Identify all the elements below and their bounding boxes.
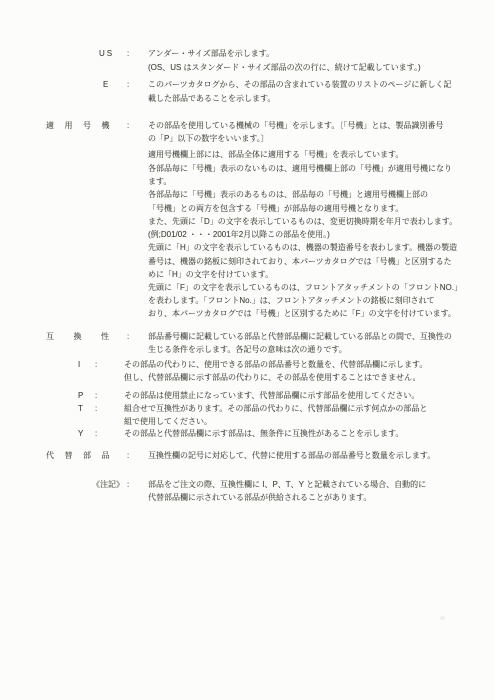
colon: : <box>127 450 129 461</box>
text-line: 適用号機 : その部品を使用している機械の「号機」を示します。〔「号機」とは、製… <box>0 120 494 132</box>
text-line: また、先頭に「D」の文字を表示しているものは、変更切換時期を年月で表わします。 <box>0 216 494 228</box>
text-line: の「P」以下の数字をいいます。〕 <box>0 133 494 145</box>
text-line: 適用号機欄上部には、部品全体に適用する「号機」を表示しています。 <box>0 149 494 161</box>
text-line: (OS、US はスタンダード・サイズ部品の次の行に、続けて記載しています。) <box>0 62 494 74</box>
colon: : <box>95 390 97 401</box>
line-text: 適用号機欄上部には、部品全体に適用する「号機」を表示しています。 <box>148 149 403 160</box>
section-label-interchangeability: 互換性 <box>46 331 129 342</box>
text-line: 代替部品欄に示されている部品が供給されることがあります。 <box>0 492 494 504</box>
line-text: その部品を使用している機械の「号機」を示します。〔「号機」とは、製品識別番号 <box>148 120 443 131</box>
text-line: 「号機」との両方を包含する「号機」が部品毎の適用号機となります。 <box>0 203 494 215</box>
text-line: 代替部品 : 互換性欄の記号に対応して、代替に使用する部品の部品番号と数量を示し… <box>0 450 494 462</box>
text-line: 互換性 : 部品番号欄に記載している部品と代替部品欄に記載している部品との間で、… <box>0 331 494 343</box>
line-text: 各部品毎に「号機」表示のないものは、適用号機欄上部の「号機」が適用号機になり <box>148 163 452 174</box>
line-text: めに「H」の文字を付けています。 <box>148 269 273 280</box>
term-label-us: US <box>99 48 114 59</box>
text-line: T : 組合せで互換性があります。その部品の代わりに、代替部品欄に示す何点かの部… <box>0 403 494 415</box>
line-text: その部品の代わりに、使用できる部品の部品番号と数量を、代替部品欄に示します。 <box>124 359 427 370</box>
line-text: を表わします。「フロントNo.」は、フロントアタッチメントの銘板に刻印されて <box>148 295 435 306</box>
code-label-i: I <box>78 359 80 370</box>
text-line: 生じる条件を示します。各記号の意味は次の通りです。 <box>0 344 494 356</box>
text-line: Y : その部品と代替部品欄に示す部品は、無条件に互換性があることを示します。 <box>0 428 494 440</box>
line-text: このパーツカタログから、その部品の含まれている装置のリストのページに新しく記 <box>148 79 451 90</box>
text-line: (例;D01/02 ・・・2001年2月以降この部品を使用。) <box>0 229 494 241</box>
line-text: また、先頭に「D」の文字を表示しているものは、変更切換時期を年月で表わします。 <box>148 216 457 227</box>
code-label-y: Y <box>78 428 83 439</box>
text-line: 但し、代替部品欄に示す部品の代わりに、その部品を使用することはできません。 <box>0 372 494 384</box>
colon: : <box>127 479 129 490</box>
colon: : <box>127 120 129 131</box>
text-line: US : アンダー・サイズ部品を示します。 <box>0 48 494 60</box>
text-line: 各部品毎に「号機」表示のあるものは、部品毎の「号機」と適用号機欄上部の <box>0 189 494 201</box>
line-text: (OS、US はスタンダード・サイズ部品の次の行に、続けて記載しています。) <box>148 62 421 73</box>
colon: : <box>127 331 129 342</box>
text-line: を表わします。「フロントNo.」は、フロントアタッチメントの銘板に刻印されて <box>0 295 494 307</box>
text-line: 《注記》 : 部品をご注文の際、互換性欄に I、P、T、Y と記載されている場合… <box>0 479 494 491</box>
line-text: 先頭に「F」の文字を表示しているものは、フロントアタッチメントの「フロントNO.… <box>148 282 462 293</box>
line-text: の「P」以下の数字をいいます。〕 <box>148 133 269 144</box>
text-line: 先頭に「F」の文字を表示しているものは、フロントアタッチメントの「フロントNO.… <box>0 282 494 294</box>
line-text: 「号機」との両方を包含する「号機」が部品毎の適用号機となります。 <box>148 203 403 214</box>
line-text: 先頭に「H」の文字を表示しているものは、機器の製造番号を表わします。機器の製造 <box>148 242 457 253</box>
text-line: E : このパーツカタログから、その部品の含まれている装置のリストのページに新し… <box>0 79 494 91</box>
line-text: 代替部品欄に示されている部品が供給されることがあります。 <box>148 492 371 503</box>
text-line: 番号は、機器の銘板に刻印されており、本パーツカタログでは「号機」と区別するた <box>0 256 494 268</box>
line-text: 互換性欄の記号に対応して、代替に使用する部品の部品番号と数量を示します。 <box>148 450 435 461</box>
text-line: 載した部品であることを示します。 <box>0 93 494 105</box>
colon: : <box>95 428 97 439</box>
text-line: おり、本パーツカタログでは「号機」と区別するために「F」の文字を付けています。 <box>0 308 494 320</box>
line-text: その部品は使用禁止になっています、代替部品欄に示す部品を使用してください。 <box>124 390 419 401</box>
text-line: 各部品毎に「号機」表示のないものは、適用号機欄上部の「号機」が適用号機になり <box>0 163 494 175</box>
line-text: 組で使用してください。 <box>124 416 212 427</box>
line-text: 但し、代替部品欄に示す部品の代わりに、その部品を使用することはできません。 <box>124 372 420 383</box>
note-label: 《注記》 <box>92 479 124 490</box>
line-text: 組合せで互換性があります。その部品の代わりに、代替部品欄に示す何点かの部品と <box>124 403 427 414</box>
text-line: I : その部品の代わりに、使用できる部品の部品番号と数量を、代替部品欄に示しま… <box>0 359 494 371</box>
line-text: 番号は、機器の銘板に刻印されており、本パーツカタログでは「号機」と区別するた <box>148 256 452 267</box>
line-text: ます。 <box>148 176 171 187</box>
section-label-alternative-parts: 代替部品 <box>46 450 120 461</box>
line-text: 各部品毎に「号機」表示のあるものは、部品毎の「号機」と適用号機欄上部の <box>148 189 428 200</box>
line-text: アンダー・サイズ部品を示します。 <box>148 48 274 59</box>
line-text: (例;D01/02 ・・・2001年2月以降この部品を使用。) <box>148 229 330 240</box>
line-text: 載した部品であることを示します。 <box>148 93 275 104</box>
document-page: US : アンダー・サイズ部品を示します。 (OS、US はスタンダード・サイズ… <box>0 0 494 700</box>
colon: : <box>95 359 97 370</box>
text-line: 先頭に「H」の文字を表示しているものは、機器の製造番号を表わします。機器の製造 <box>0 242 494 254</box>
term-label-e: E <box>103 79 108 90</box>
scan-artifact <box>440 616 445 620</box>
text-line: P : その部品は使用禁止になっています、代替部品欄に示す部品を使用してください… <box>0 390 494 402</box>
colon: : <box>127 79 129 90</box>
line-text: 部品をご注文の際、互換性欄に I、P、T、Y と記載されている場合、自動的に <box>148 479 426 490</box>
code-label-p: P <box>78 390 83 401</box>
text-line: 組で使用してください。 <box>0 416 494 428</box>
line-text: おり、本パーツカタログでは「号機」と区別するために「F」の文字を付けています。 <box>148 308 456 319</box>
line-text: 部品番号欄に記載している部品と代替部品欄に記載している部品との間で、互換性の <box>148 331 452 342</box>
section-label-applicable-serial: 適用号機 <box>46 120 120 131</box>
line-text: その部品と代替部品欄に示す部品は、無条件に互換性があることを示します。 <box>124 428 403 439</box>
colon: : <box>95 403 97 414</box>
colon: : <box>127 48 129 59</box>
line-text: 生じる条件を示します。各記号の意味は次の通りです。 <box>148 344 347 355</box>
text-line: めに「H」の文字を付けています。 <box>0 269 494 281</box>
text-line: ます。 <box>0 176 494 188</box>
code-label-t: T <box>78 403 83 414</box>
